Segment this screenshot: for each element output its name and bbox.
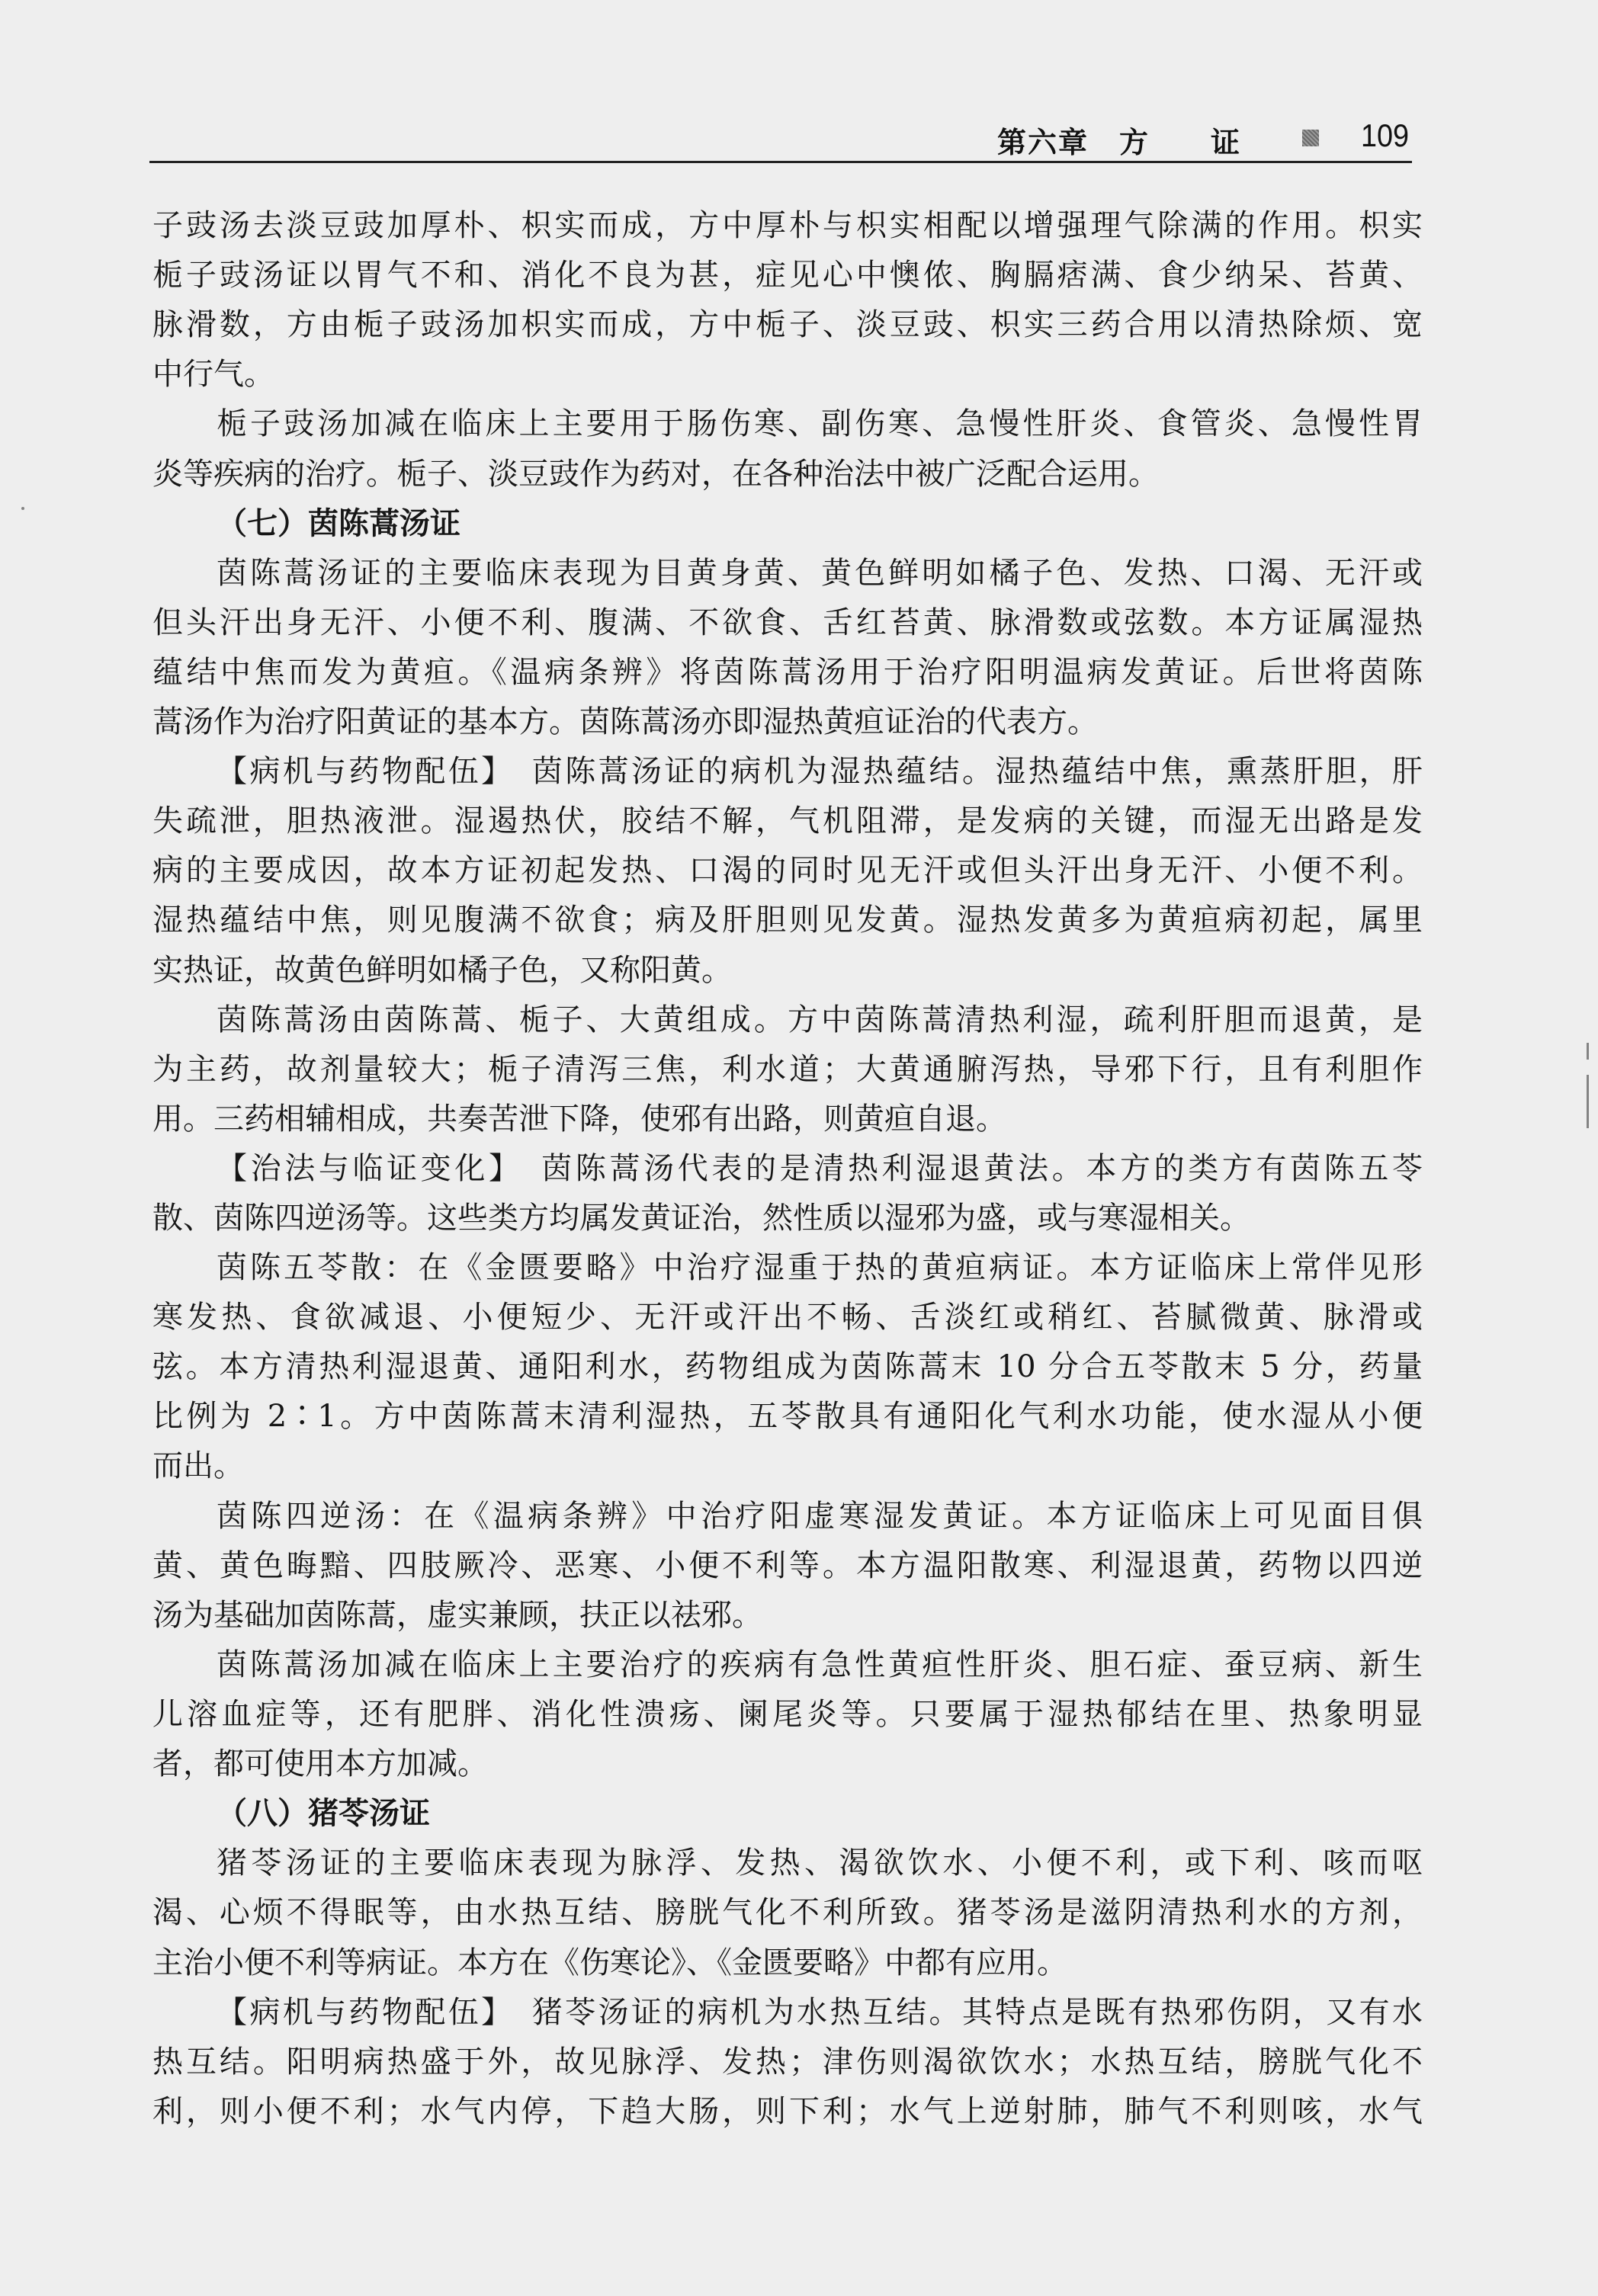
text-line: 失疏泄，胆热液泄。湿遏热伏，胶结不解，气机阻滞，是发病的关键，而湿无出路是发: [152, 800, 1423, 842]
page-marker-square-icon: [1302, 130, 1319, 146]
text-line: 茵陈蒿汤加减在临床上主要治疗的疾病有急性黄疸性肝炎、胆石症、蚕豆病、新生: [217, 1643, 1423, 1686]
text-line: 利，则小便不利；水气内停，下趋大肠，则下利；水气上逆射肺，肺气不利则咳，水气: [152, 2090, 1423, 2133]
scan-speck: [21, 507, 24, 510]
scan-edge-mark: [1587, 1043, 1589, 1060]
text-line: 汤为基础加茵陈蒿，虚实兼顾，扶正以祛邪。: [152, 1594, 1423, 1637]
text-line: 热互结。阳明病热盛于外，故见脉浮、发热；津伤则渴欲饮水；水热互结，膀胱气化不: [152, 2041, 1423, 2083]
text-line: 蒿汤作为治疗阳黄证的基本方。茵陈蒿汤亦即湿热黄疸证治的代表方。: [152, 701, 1423, 743]
section-heading-7: （七）茵陈蒿汤证: [217, 502, 1423, 545]
text-line: 脉滑数，方由栀子豉汤加枳实而成，方中栀子、淡豆豉、枳实三药合用以清热除烦、宽: [152, 303, 1423, 346]
text-line: 【治法与临证变化】 茵陈蒿汤代表的是清热利湿退黄法。本方的类方有茵陈五苓: [217, 1147, 1423, 1190]
text-line: 但头汗出身无汗、小便不利、腹满、不欲食、舌红苔黄、脉滑数或弦数。本方证属湿热: [152, 601, 1423, 644]
text-line: 中行气。: [152, 353, 1423, 396]
text-line: 为主药，故剂量较大；栀子清泻三焦，利水道；大黄通腑泻热，导邪下行，且有利胆作: [152, 1048, 1423, 1091]
text-line: 栀子豉汤证以胃气不和、消化不良为甚，症见心中懊侬、胸膈痞满、食少纳呆、苔黄、: [152, 254, 1423, 297]
text-line: 猪苓汤证的主要临床表现为脉浮、发热、渴欲饮水、小便不利，或下利、咳而呕: [217, 1842, 1423, 1884]
text-line: 而出。: [152, 1445, 1423, 1487]
chapter-title: 第六章 方 证: [997, 119, 1241, 161]
book-page: 第六章 方 证 109 子豉汤去淡豆豉加厚朴、枳实而成，方中厚朴与枳实相配以增强…: [0, 0, 1598, 2296]
text-line: 儿溶血症等，还有肥胖、消化性溃疡、阑尾炎等。只要属于湿热郁结在里、热象明显: [152, 1693, 1423, 1736]
text-line: 子豉汤去淡豆豉加厚朴、枳实而成，方中厚朴与枳实相配以增强理气除满的作用。枳实: [152, 204, 1423, 247]
text-line: 茵陈蒿汤证的主要临床表现为目黄身黄、黄色鲜明如橘子色、发热、口渴、无汗或: [217, 552, 1423, 595]
text-line: 湿热蕴结中焦，则见腹满不欲食；病及肝胆则见发黄。湿热发黄多为黄疸病初起，属里: [152, 899, 1423, 941]
text-line: 【病机与药物配伍】 猪苓汤证的病机为水热互结。其特点是既有热邪伤阴，又有水: [217, 1991, 1423, 2034]
text-line: 比例为 2∶1。方中茵陈蒿末清利湿热，五苓散具有通阳化气利水功能，使水湿从小便: [152, 1395, 1423, 1438]
running-header: 第六章 方 证 109: [149, 114, 1412, 162]
text-line: 渴、心烦不得眠等，由水热互结、膀胱气化不利所致。猪苓汤是滋阴清热利水的方剂，: [152, 1891, 1423, 1934]
text-line: 【病机与药物配伍】 茵陈蒿汤证的病机为湿热蕴结。湿热蕴结中焦，熏蒸肝胆，肝: [217, 750, 1423, 793]
text-line: 茵陈五苓散：在《金匮要略》中治疗湿重于热的黄疸病证。本方证临床上常伴见形: [217, 1246, 1423, 1289]
text-line: 弦。本方清热利湿退黄、通阳利水，药物组成为茵陈蒿末 10 分合五苓散末 5 分，…: [152, 1345, 1423, 1388]
text-line: 者，都可使用本方加减。: [152, 1743, 1423, 1785]
text-line: 寒发热、食欲减退、小便短少、无汗或汗出不畅、舌淡红或稍红、苔腻微黄、脉滑或: [152, 1296, 1423, 1339]
text-line: 栀子豉汤加减在临床上主要用于肠伤寒、副伤寒、急慢性肝炎、食管炎、急慢性胃: [217, 402, 1423, 445]
text-line: 蕴结中焦而发为黄疸。《温病条辨》将茵陈蒿汤用于治疗阳明温病发黄证。后世将茵陈: [152, 651, 1423, 694]
text-line: 病的主要成因，故本方证初起发热、口渴的同时见无汗或但头汗出身无汗、小便不利。: [152, 849, 1423, 892]
text-line: 实热证，故黄色鲜明如橘子色，又称阳黄。: [152, 949, 1423, 992]
header-divider: [149, 161, 1412, 163]
section-heading-8: （八）猪苓汤证: [217, 1792, 1423, 1835]
text-line: 用。三药相辅相成，共奏苦泄下降，使邪有出路，则黄疸自退。: [152, 1098, 1423, 1140]
text-line: 茵陈蒿汤由茵陈蒿、栀子、大黄组成。方中茵陈蒿清热利湿，疏利肝胆而退黄，是: [217, 999, 1423, 1041]
text-line: 主治小便不利等病证。本方在《伤寒论》、《金匮要略》中都有应用。: [152, 1942, 1423, 1984]
text-line: 黄、黄色晦黯、四肢厥冷、恶寒、小便不利等。本方温阳散寒、利湿退黄，药物以四逆: [152, 1544, 1423, 1587]
text-line: 茵陈四逆汤：在《温病条辨》中治疗阳虚寒湿发黄证。本方证临床上可见面目俱: [217, 1495, 1423, 1538]
scan-edge-mark: [1587, 1075, 1589, 1128]
text-line: 炎等疾病的治疗。栀子、淡豆豉作为药对，在各种治法中被广泛配合运用。: [152, 453, 1423, 495]
page-number: 109: [1361, 117, 1409, 154]
text-line: 散、茵陈四逆汤等。这些类方均属发黄证治，然性质以湿邪为盛，或与寒湿相关。: [152, 1197, 1423, 1239]
